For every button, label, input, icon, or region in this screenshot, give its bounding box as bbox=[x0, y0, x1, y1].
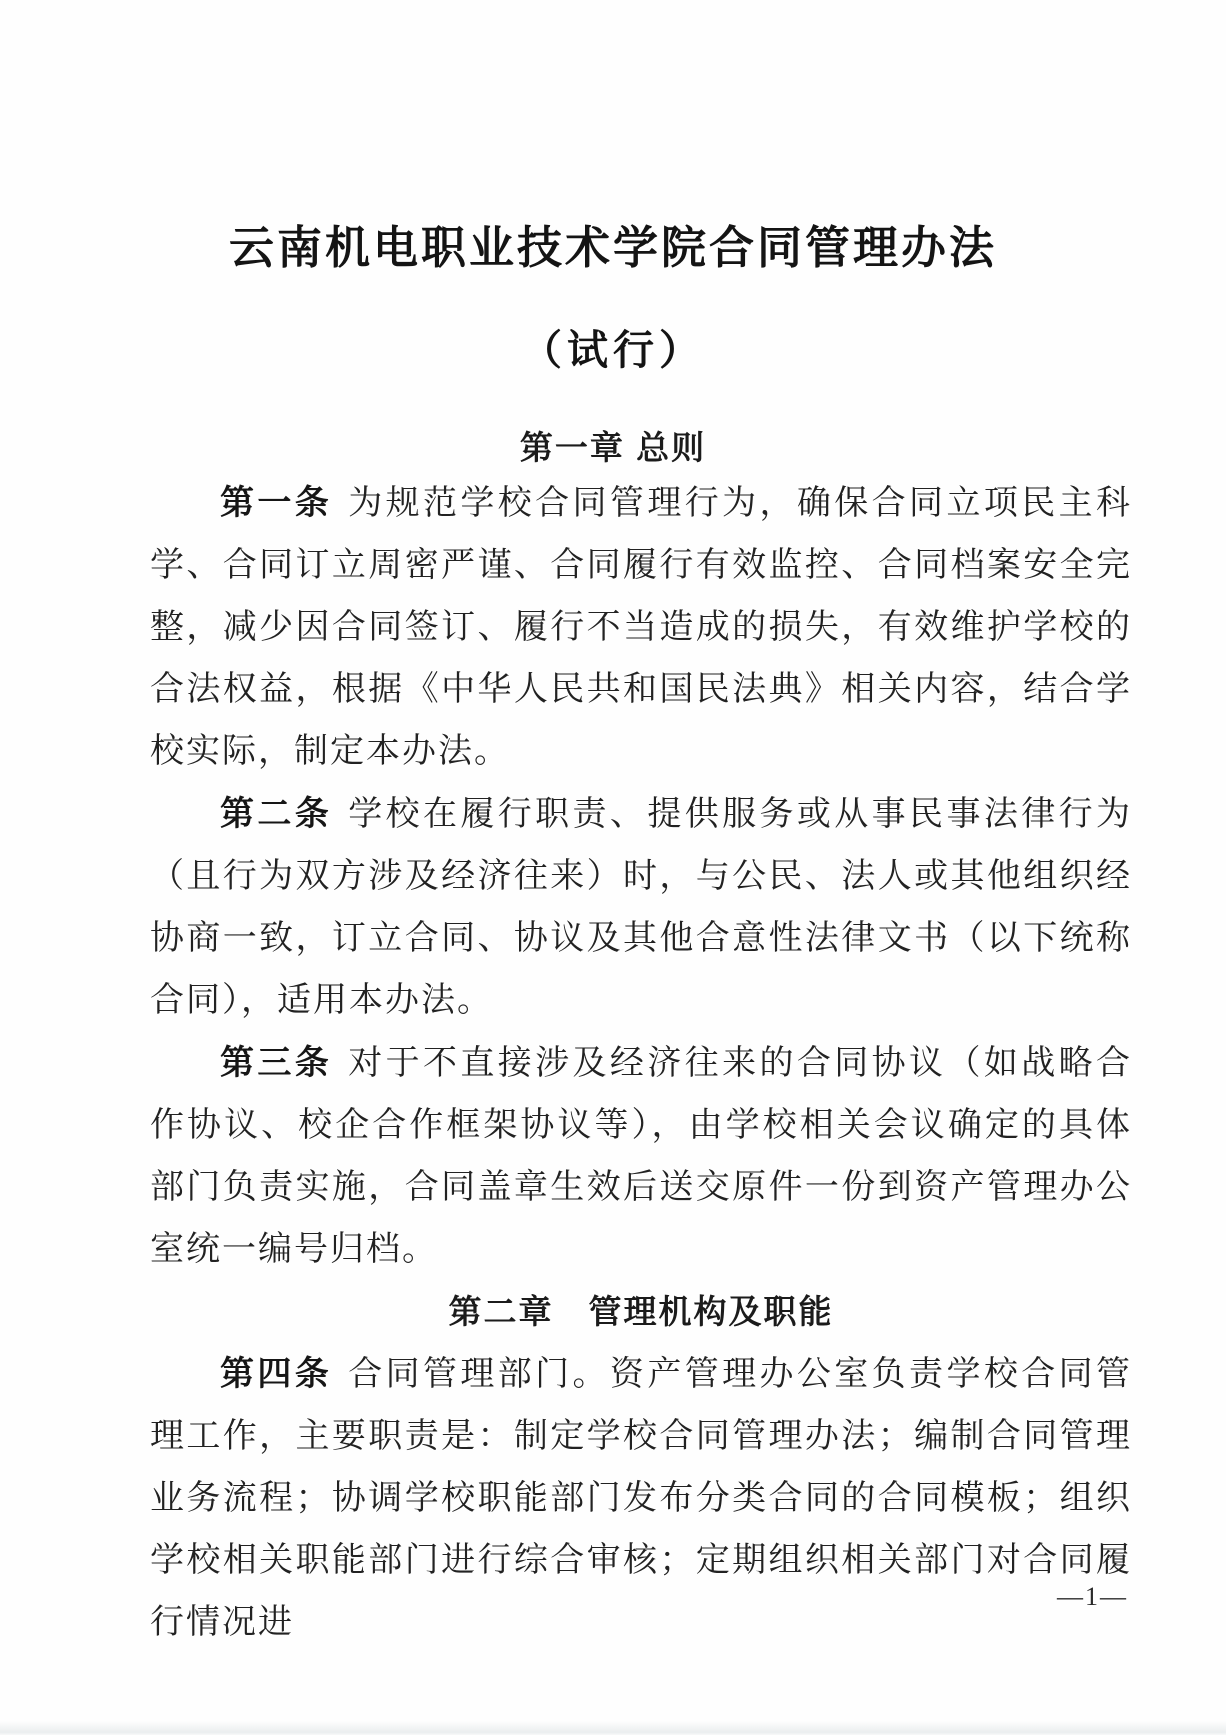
chapter-1: 第一条为规范学校合同管理行为，确保合同立项民主科学、合同订立周密严谨、合同履行有… bbox=[150, 472, 1132, 1281]
scan-edge-artifact bbox=[0, 1721, 1226, 1735]
chapter-2-heading: 第二章 管理机构及职能 bbox=[150, 1281, 1132, 1343]
article-3-label: 第三条 bbox=[220, 1044, 332, 1082]
document-page: 云南机电职业技术学院合同管理办法 （试行） 第一章 总则 第一条为规范学校合同管… bbox=[0, 0, 1226, 1735]
article-2: 第二条学校在履行职责、提供服务或从事民事法律行为（且行为双方涉及经济往来）时，与… bbox=[150, 783, 1132, 1032]
article-2-label: 第二条 bbox=[220, 795, 332, 833]
article-4-text: 合同管理部门。资产管理办公室负责学校合同管理工作，主要职责是：制定学校合同管理办… bbox=[150, 1356, 1132, 1641]
page-number: —1— bbox=[1057, 1582, 1128, 1612]
document-subtitle: （试行） bbox=[0, 324, 1226, 376]
article-1-label: 第一条 bbox=[220, 484, 332, 522]
article-3: 第三条对于不直接涉及经济往来的合同协议（如战略合作协议、校企合作框架协议等），由… bbox=[150, 1032, 1132, 1281]
document-body: 第一条为规范学校合同管理行为，确保合同立项民主科学、合同订立周密严谨、合同履行有… bbox=[150, 472, 1132, 1654]
article-1-text: 为规范学校合同管理行为，确保合同立项民主科学、合同订立周密严谨、合同履行有效监控… bbox=[150, 485, 1132, 770]
chapter-2: 第二章 管理机构及职能 第四条合同管理部门。资产管理办公室负责学校合同管理工作，… bbox=[150, 1281, 1132, 1654]
article-4-label: 第四条 bbox=[220, 1355, 332, 1393]
article-1: 第一条为规范学校合同管理行为，确保合同立项民主科学、合同订立周密严谨、合同履行有… bbox=[150, 472, 1132, 783]
chapter-1-heading: 第一章 总则 bbox=[0, 424, 1226, 472]
document-title: 云南机电职业技术学院合同管理办法 bbox=[0, 0, 1226, 278]
article-4: 第四条合同管理部门。资产管理办公室负责学校合同管理工作，主要职责是：制定学校合同… bbox=[150, 1343, 1132, 1654]
